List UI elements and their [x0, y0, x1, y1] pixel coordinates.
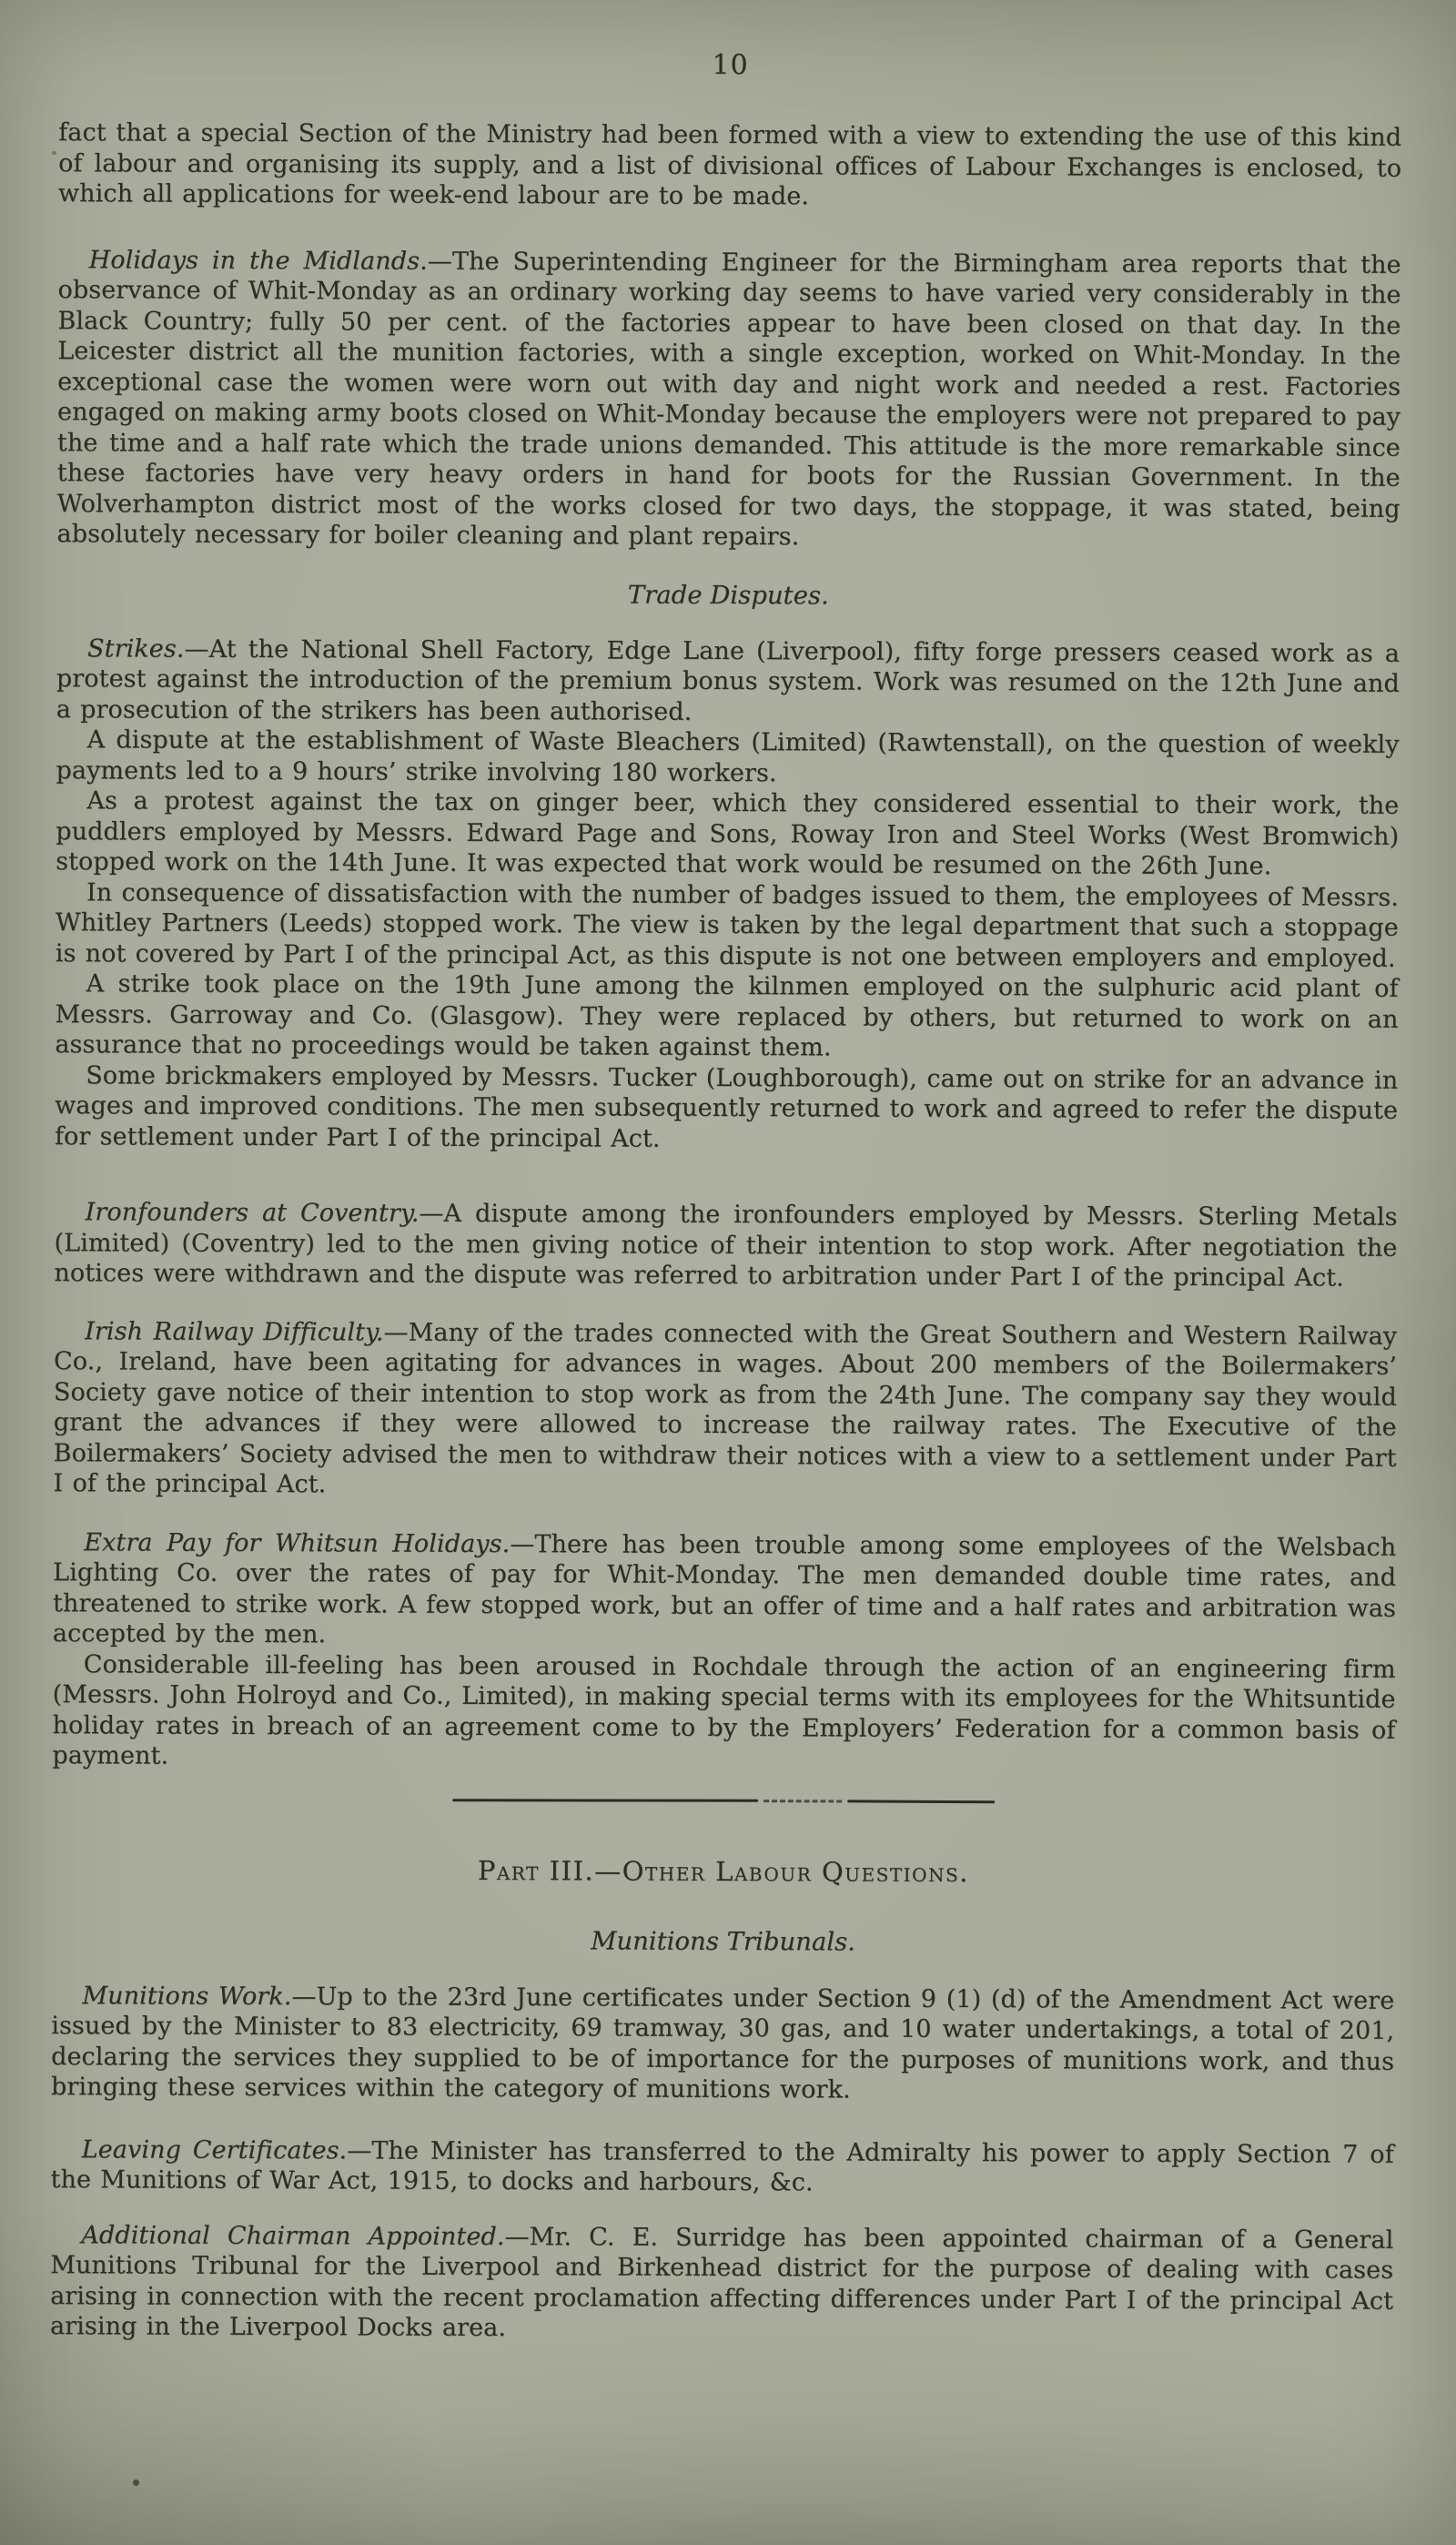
paragraph-leaving-certificates: Leaving Certificates.—The Minister has t… — [51, 2134, 1394, 2201]
paragraph-lead: Strikes. — [87, 634, 185, 663]
paragraph-lead: Irish Railway Difficulty. — [85, 1317, 384, 1346]
paragraph-strikes: Strikes.—At the National Shell Factory, … — [56, 634, 1400, 730]
scanned-document-page: 10 fact that a special Section of the Mi… — [0, 0, 1456, 2545]
paragraph-munitions-work: Munitions Work.—Up to the 23rd June cert… — [51, 1981, 1395, 2108]
paragraph-ginger-beer: As a protest against the tax on ginger b… — [56, 786, 1399, 882]
paragraph-continuation: fact that a special Section of the Minis… — [58, 117, 1401, 214]
paragraph-lead: Additional Chairman Appointed. — [81, 2221, 504, 2251]
paragraph-lead: Ironfounders at Coventry. — [86, 1198, 420, 1227]
paragraph-extra-pay-whitsun: Extra Pay for Whitsun Holidays.—There ha… — [53, 1527, 1397, 1655]
paper-speck — [133, 2479, 139, 2486]
paragraph-brickmakers: Some brickmakers employed by Messrs. Tuc… — [55, 1060, 1398, 1157]
paragraph-text: As a protest against the tax on ginger b… — [56, 786, 1399, 880]
paragraph-badges: In consequence of dissatisfaction with t… — [56, 877, 1399, 974]
paragraph-lead: Leaving Certificates. — [82, 2135, 348, 2165]
heading-part-iii-other-labour-questions: Part III.—Other Labour Questions. — [52, 1853, 1395, 1890]
paragraph-lead: Holidays in the Midlands. — [89, 246, 428, 275]
section-divider — [452, 1797, 995, 1803]
paper-stain — [1354, 169, 1362, 175]
paragraph-text: A dispute at the establishment of Waste … — [56, 725, 1399, 786]
page-number: 10 — [58, 0, 1401, 85]
paragraph-text: —At the National Shell Factory, Edge Lan… — [56, 634, 1400, 725]
paragraph-text: In consequence of dissatisfaction with t… — [56, 878, 1399, 973]
paragraph-text: fact that a special Section of the Minis… — [58, 118, 1401, 210]
divider-segment — [847, 1800, 995, 1803]
paper-speck — [52, 151, 56, 155]
paragraph-holidays-midlands: Holidays in the Midlands.—The Superinten… — [56, 245, 1400, 555]
paragraph-text: Some brickmakers employed by Messrs. Tuc… — [55, 1061, 1398, 1152]
paragraph-lead: Munitions Work. — [82, 1982, 291, 2011]
paragraph-ironfounders-coventry: Ironfounders at Coventry.—A dispute amon… — [54, 1197, 1397, 1293]
paragraph-text: —The Superintending Engineer for the Bir… — [56, 247, 1400, 551]
paragraph-text: A strike took place on the 19th June amo… — [55, 969, 1398, 1061]
heading-munitions-tribunals: Munitions Tribunals. — [52, 1923, 1395, 1960]
paragraph-rochdale: Considerable ill-feeling has been arouse… — [52, 1649, 1396, 1777]
paragraph-lead: Extra Pay for Whitsun Holidays. — [84, 1528, 510, 1558]
divider-segment — [452, 1799, 758, 1801]
paragraph-irish-railway: Irish Railway Difficulty.—Many of the tr… — [53, 1316, 1397, 1505]
document-sheet: 10 fact that a special Section of the Mi… — [0, 0, 1456, 2347]
paragraph-additional-chairman: Additional Chairman Appointed.—Mr. C. E.… — [50, 2220, 1394, 2347]
paragraph-waste-bleachers: A dispute at the establishment of Waste … — [56, 725, 1399, 791]
divider-dashes — [763, 1800, 842, 1802]
paragraph-text: Considerable ill-feeling has been arouse… — [52, 1650, 1395, 1770]
paragraph-kilnmen: A strike took place on the 19th June amo… — [55, 968, 1398, 1065]
heading-trade-disputes: Trade Disputes. — [56, 577, 1400, 613]
